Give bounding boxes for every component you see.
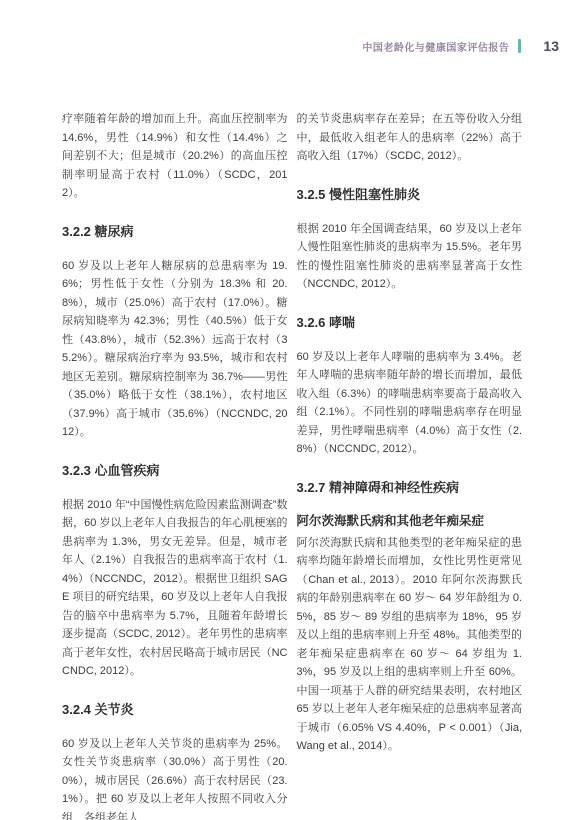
report-page: 中国老龄化与健康国家评估报告 13 疗率随着年龄的增加而上升。高血压控制率为 1… xyxy=(0,0,580,820)
page-header: 中国老龄化与健康国家评估报告 13 xyxy=(362,36,559,56)
paragraph-arthritis-continued: 的关节炎患病率存在差异；在五等份收入分组中，最低收入组老年人的患病率（22%）高… xyxy=(297,110,523,166)
heading-copd: 3.2.5 慢性阻塞性肺炎 xyxy=(297,187,523,203)
right-column: 的关节炎患病率存在差异；在五等份收入分组中，最低收入组老年人的患病率（22%）高… xyxy=(297,110,523,820)
heading-arthritis: 3.2.4 关节炎 xyxy=(62,702,288,718)
page-number: 13 xyxy=(543,38,559,54)
paragraph-arthritis: 60 岁及以上老年人关节炎的患病率为 25%。女性关节炎患病率（30.0%）高于… xyxy=(62,735,288,820)
subheading-alzheimers-dementia: 阿尔茨海默氏病和其他老年痴呆症 xyxy=(297,513,523,529)
heading-cardiovascular: 3.2.3 心血管疾病 xyxy=(62,463,288,479)
paragraph-asthma: 60 岁及以上老年人哮喘的患病率为 3.4%。老年人哮喘的患病率随年龄的增长而增… xyxy=(297,348,523,459)
paragraph-diabetes: 60 岁及以上老年人糖尿病的总患病率为 19.6%；男性低于女性（分别为 18.… xyxy=(62,257,288,442)
left-column: 疗率随着年龄的增加而上升。高血压控制率为 14.6%，男性（14.9%）和女性（… xyxy=(62,110,288,820)
heading-asthma: 3.2.6 哮喘 xyxy=(297,315,523,331)
report-title: 中国老龄化与健康国家评估报告 xyxy=(362,39,509,54)
paragraph-alzheimers-dementia: 阿尔茨海默氏病和其他类型的老年痴呆症的患病率均随年龄增长而增加，女性比男性更常见… xyxy=(297,534,523,756)
header-divider-bar xyxy=(518,39,521,53)
paragraph-hypertension-continued: 疗率随着年龄的增加而上升。高血压控制率为 14.6%，男性（14.9%）和女性（… xyxy=(62,110,288,203)
heading-mental-neurological: 3.2.7 精神障碍和神经性疾病 xyxy=(297,480,523,496)
paragraph-copd: 根据 2010 年全国调查结果，60 岁及以上老年人慢性阻塞性肺炎的患病率为 1… xyxy=(297,220,523,294)
content-columns: 疗率随着年龄的增加而上升。高血压控制率为 14.6%，男性（14.9%）和女性（… xyxy=(62,110,522,820)
paragraph-cardiovascular: 根据 2010 年“中国慢性病危险因素监测调查”数据，60 岁以上老年人自我报告… xyxy=(62,496,288,681)
heading-diabetes: 3.2.2 糖尿病 xyxy=(62,224,288,240)
